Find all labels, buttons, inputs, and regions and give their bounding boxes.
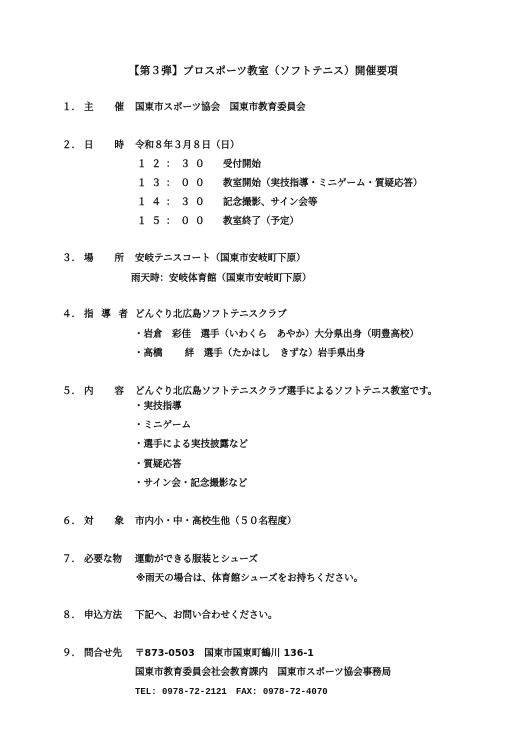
section-label: 問合せ先 xyxy=(84,645,124,659)
schedule-desc: 教室終了（予定） xyxy=(223,216,299,227)
section-number: ２． xyxy=(62,137,81,151)
document-title: 【第３弾】プロスポーツ教室（ソフトテニス）開催要項 xyxy=(0,63,527,78)
section-number: ３． xyxy=(62,250,81,264)
label-part: 導 xyxy=(101,306,111,320)
content-item: ・実技指導 xyxy=(134,398,182,412)
schedule-desc: 記念撮影、サイン会等 xyxy=(223,197,317,208)
schedule-time: １３：００ xyxy=(137,175,223,189)
label-part: 主 xyxy=(84,99,94,113)
content-item: ・ミニゲーム xyxy=(134,417,191,431)
schedule-row: １２：３０受付開始 xyxy=(137,156,261,170)
section-label: 申込方法 xyxy=(84,607,124,621)
coach-entry: ・高橋 絆 選手（たかはし きずな）岩手県出身 xyxy=(134,345,365,359)
label-part: 時 xyxy=(114,137,124,151)
rain-note: ※雨天の場合は、体育館シューズをお持ちください。 xyxy=(136,570,363,584)
label-part: 申込方法 xyxy=(84,607,122,621)
label-part: 問合せ先 xyxy=(84,645,122,659)
section-value: 運動ができる服装とシューズ xyxy=(135,551,258,565)
section-value: 市内小・中・高校生他（５０名程度） xyxy=(135,513,297,527)
label-part: 場 xyxy=(84,250,94,264)
section-label: 主 催 xyxy=(84,99,124,113)
contact-address: 〒873-0503 国東市国東町鶴川 136-1 xyxy=(135,645,314,659)
section-value: 下記へ、お問い合わせください。 xyxy=(135,607,278,621)
contact-organization: 国東市教育委員会社会教育課内 国東市スポーツ協会事務局 xyxy=(135,664,391,678)
section-label: 内 容 xyxy=(84,383,124,397)
section-number: ９． xyxy=(62,645,81,659)
label-part: 容 xyxy=(114,383,124,397)
schedule-time: １２：３０ xyxy=(137,156,223,170)
section-number: ５． xyxy=(62,383,81,397)
label-part: 日 xyxy=(84,137,94,151)
section-number: ６． xyxy=(62,513,81,527)
section-label: 対 象 xyxy=(84,513,124,527)
section-value: 国東市スポーツ協会 国東市教育委員会 xyxy=(135,99,306,113)
section-label: 指 導 者 xyxy=(84,306,128,320)
section-value: 令和８年３月８日（日） xyxy=(135,137,240,151)
label-part: 所 xyxy=(114,250,124,264)
section-label: 場 所 xyxy=(84,250,124,264)
label-part: 者 xyxy=(118,306,128,320)
content-item: ・選手による実技披露など xyxy=(134,436,248,450)
label-part: 必要な物 xyxy=(84,551,122,565)
section-number: ７． xyxy=(62,551,81,565)
document-page: 【第３弾】プロスポーツ教室（ソフトテニス）開催要項 １． 主 催 国東市スポーツ… xyxy=(0,0,527,750)
section-value: どんぐり北広島ソフトテニスクラブ選手によるソフトテニス教室です。 xyxy=(135,383,437,397)
section-label: 日 時 xyxy=(84,137,124,151)
schedule-row: １５：００教室終了（予定） xyxy=(137,213,299,227)
label-part: 内 xyxy=(84,383,94,397)
rain-venue: 雨天時：安岐体育館（国東市安岐町下原） xyxy=(131,270,312,284)
section-number: １． xyxy=(62,99,81,113)
content-item: ・質疑応答 xyxy=(134,456,182,470)
section-number: ８． xyxy=(62,607,81,621)
content-item: ・サイン会・記念撮影など xyxy=(134,475,247,489)
label-part: 指 xyxy=(84,306,94,320)
coach-entry: ・岩倉 彩佳 選手（いわくら あやか）大分県出身（明豊高校） xyxy=(134,326,419,340)
schedule-time: １５：００ xyxy=(137,213,223,227)
label-part: 催 xyxy=(114,99,124,113)
schedule-row: １４：３０記念撮影、サイン会等 xyxy=(137,194,317,208)
schedule-row: １３：００教室開始（実技指導・ミニゲーム・質疑応答） xyxy=(137,175,423,189)
contact-phone-fax: TEL: 0978-72-2121 FAX: 0978-72-4070 xyxy=(135,684,328,697)
label-part: 象 xyxy=(114,513,124,527)
schedule-desc: 受付開始 xyxy=(223,159,261,170)
section-value: どんぐり北広島ソフトテニスクラブ xyxy=(135,306,287,320)
schedule-time: １４：３０ xyxy=(137,194,223,208)
section-label: 必要な物 xyxy=(84,551,124,565)
schedule-desc: 教室開始（実技指導・ミニゲーム・質疑応答） xyxy=(223,178,423,189)
label-part: 対 xyxy=(84,513,94,527)
section-number: ４． xyxy=(62,306,81,320)
section-value: 安岐テニスコート（国東市安岐町下原） xyxy=(135,250,306,264)
